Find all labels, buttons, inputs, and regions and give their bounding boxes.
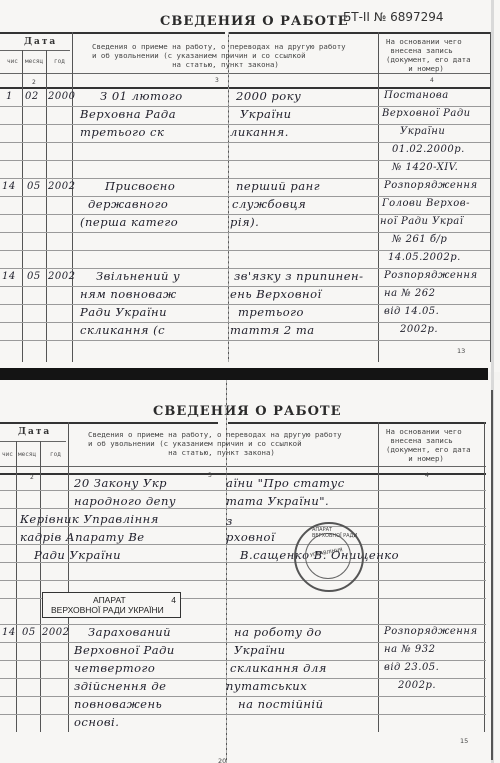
col-divider [72,32,73,362]
round-seal-stamp: АПАРАТ ВЕРХОВНОЇ РАДИ УПРАВЛІННЯ [294,522,364,592]
entry-text-line: З 01 лютого [100,89,183,103]
header-bottom-rule [0,73,490,74]
basis-line: України [400,126,445,137]
entry-text-line: Зарахований [88,625,171,639]
basis-line: 2002р. [400,324,438,335]
ruled-line [0,508,486,509]
day-header: чис [7,58,18,65]
col-number: 2 [30,474,34,481]
basis-line: Постанова [384,90,449,101]
page-number: 15 [460,737,468,745]
entry-text-line: на роботу до [234,625,322,639]
year-header: год [50,451,61,458]
entry-text-line: четвертого [74,661,155,675]
col-divider [16,441,17,732]
ruled-line [0,544,486,545]
entry-text-line: таття 2 та [230,323,315,337]
entry-text-line: Верховної Ради [74,643,175,657]
entry-text-line: народного депу [74,494,176,508]
entry-month: 05 [27,271,41,282]
entry-text-line: державного [88,197,168,211]
entry-text-line: путатських [226,679,307,693]
table-top-rule [0,422,218,424]
basis-line: Верховної Ради [382,108,471,119]
entry-text-line: рія). [230,215,259,229]
entry-text-line: зв'язку з припинен- [234,269,363,283]
entry-text-line: на постійній [238,697,324,711]
entry-text-line: ликання. [230,125,289,139]
col-divider [46,50,47,362]
entry-text-line: 2000 року [236,89,301,103]
col-number: 3 [215,77,219,84]
entry-text-line: ням повноваж [80,287,177,301]
date-header: Дата [18,427,51,437]
rectangular-stamp: АПАРАТ 4 ВЕРХОВНОЇ РАДИ УКРАЇНИ [42,592,181,618]
entry-text-line: скликання для [230,661,327,675]
entry-month: 02 [25,91,39,102]
basis-line: Розпорядження [384,626,478,637]
basis-line: Розпорядження [384,270,478,281]
col-divider [40,441,41,732]
entry-text-line: ень Верховної [230,287,322,301]
col4-header: На основании чего внесена запись (докуме… [386,427,471,463]
basis-line: № 1420-XIV. [392,162,458,173]
ruled-line [0,562,486,563]
entry-text-line: третього ск [80,125,164,139]
col-number: 4 [425,472,429,479]
table-right-border [484,422,485,732]
stamp-line-1: АПАРАТ [93,595,126,605]
page-title: СВЕДЕНИЯ О РАБОТЕ [160,14,349,29]
col-number: 4 [430,77,434,84]
ruled-line [0,232,490,233]
entry-text-line: аїни "Про статус [226,476,345,490]
table-top-rule [0,32,225,34]
basis-line: № 261 б/р [392,234,447,245]
serial-number: БТ-II № 6897294 [343,10,444,24]
basis-line: від 14.05. [384,306,439,317]
entry-month: 05 [27,181,41,192]
page-edge-shadow [491,390,493,760]
month-header: месяц [18,451,36,458]
entry-text-line: основі. [74,715,119,729]
ruled-line [0,142,490,143]
table-top-rule [228,32,490,34]
page-number: 13 [457,347,465,355]
day-header: чис [2,451,13,458]
basis-line: 14.05.2002р. [388,252,461,263]
entry-year: 2002 [48,271,75,282]
entry-text-line: 20 Закону Укр [74,476,167,490]
entry-text-line: перший ранг [236,179,320,193]
entry-text-line: Присвоєно [105,179,175,193]
basis-line: Розпорядження [384,180,478,191]
col-number: 2 [32,79,36,86]
ruled-line [0,580,486,581]
col-divider [378,32,379,362]
entry-day: 14 [2,181,16,192]
date-subrule [0,50,70,51]
entry-day: 1 [6,91,13,102]
entry-text-line: Звільнений у [96,269,180,283]
ruled-line [0,526,486,527]
entry-text-line: Ради України [80,305,167,319]
stamp-number: 4 [171,595,176,605]
entry-text-line: Верховна Рада [80,107,176,121]
basis-line: 01.02.2000р. [392,144,465,155]
colnum-rule [0,473,486,475]
entry-text-line: здійснення де [74,679,166,693]
col3-header: Сведения о приеме на работу, о переводах… [88,430,342,457]
ruled-line [0,250,490,251]
entry-day: 14 [2,271,16,282]
col4-header: На основании чего внесена запись (докуме… [386,37,471,73]
month-header: месяц [25,58,43,65]
entry-text-line: України [240,107,292,121]
col3-header: Сведения о приеме на работу, о переводах… [92,42,346,69]
entry-text-line: України [234,643,286,657]
entry-year: 2002 [48,181,75,192]
col-divider [22,50,23,362]
entry-year: 2002 [42,627,69,638]
entry-text-line: (перша катего [80,215,178,229]
basis-line: Голови Верхов- [382,198,470,209]
entry-day: 14 [2,627,16,638]
signature-title-line: з [226,514,233,528]
work-record-page-15: СВЕДЕНИЯ О РАБОТЕ Дата чис месяц год Све… [0,380,500,763]
entry-text-line: службовця [232,197,306,211]
ruled-line [0,714,486,715]
signature-title-line: Керівник Управління [20,512,159,526]
basis-line: від 23.05. [384,662,439,673]
year-header: год [54,58,65,65]
signature-title-line: рховної [226,530,275,544]
basis-line: 2002р. [398,680,436,691]
date-subrule [0,441,66,442]
entry-text-line: тата України". [226,494,329,508]
entry-year: 2000 [48,91,75,102]
entry-text-line: повноважень [74,697,162,711]
stamp-line-2: ВЕРХОВНОЇ РАДИ УКРАЇНИ [51,605,164,615]
basis-line: на № 262 [384,288,435,299]
bottom-page-number: 20 [218,757,226,763]
basis-line: на № 932 [384,644,435,655]
ruled-line [0,490,486,491]
basis-line: ної Ради Украї [380,216,463,227]
entry-month: 05 [22,627,36,638]
signature-title-line: кадрів Апарату Ве [20,530,145,544]
date-header: Дата [24,37,57,47]
ruled-line [0,340,490,341]
col-divider [378,422,379,732]
work-record-page-13: СВЕДЕНИЯ О РАБОТЕ БТ-II № 6897294 Дата ч… [0,0,500,372]
page-title: СВЕДЕНИЯ О РАБОТЕ [153,404,342,419]
entry-text-line: скликання (с [80,323,165,337]
fold-line [228,32,229,362]
table-top-rule [228,422,486,424]
header-bottom-rule [0,466,486,467]
seal-outer-text: АПАРАТ ВЕРХОВНОЇ РАДИ [312,527,362,539]
signature-title-line: Ради України [34,548,121,562]
ruled-line [0,160,490,161]
col-number: 3 [208,472,212,479]
entry-text-line: третього [238,305,304,319]
col-divider [68,422,69,732]
